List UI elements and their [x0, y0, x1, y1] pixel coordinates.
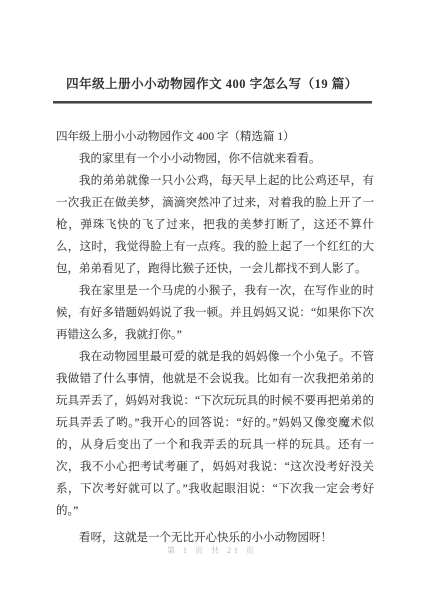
title-divider [53, 101, 372, 104]
essay-content: 四年级上册小小动物园作文 400 字（精选篇 1） 我的家里有一个小小动物园，你… [56, 126, 374, 549]
document-page: 四年级上册小小动物园作文 400 字怎么写（19 篇） 四年级上册小小动物园作文… [0, 0, 424, 600]
document-title: 四年级上册小小动物园作文 400 字怎么写（19 篇） [0, 0, 424, 92]
essay-section-heading: 四年级上册小小动物园作文 400 字（精选篇 1） [56, 126, 374, 148]
essay-paragraph: 我的家里有一个小小动物园，你不信就来看看。 [56, 148, 374, 170]
page-number-footer: 第 1 页 共 21 页 [0, 545, 424, 556]
essay-paragraph: 我在家里是一个马虎的小猴子，我有一次，在写作业的时候，有好多错题妈妈说了我一顿。… [56, 280, 374, 346]
essay-paragraphs: 我的家里有一个小小动物园，你不信就来看看。我的弟弟就像一只小公鸡，每天早上起的比… [56, 148, 374, 549]
essay-paragraph: 我的弟弟就像一只小公鸡，每天早上起的比公鸡还早，有一次我正在做美梦，滴滴突然冲了… [56, 170, 374, 280]
essay-paragraph: 我在动物园里最可爱的就是我的妈妈像一个小兔子。不管我做错了什么事情，他就是不会说… [56, 346, 374, 522]
